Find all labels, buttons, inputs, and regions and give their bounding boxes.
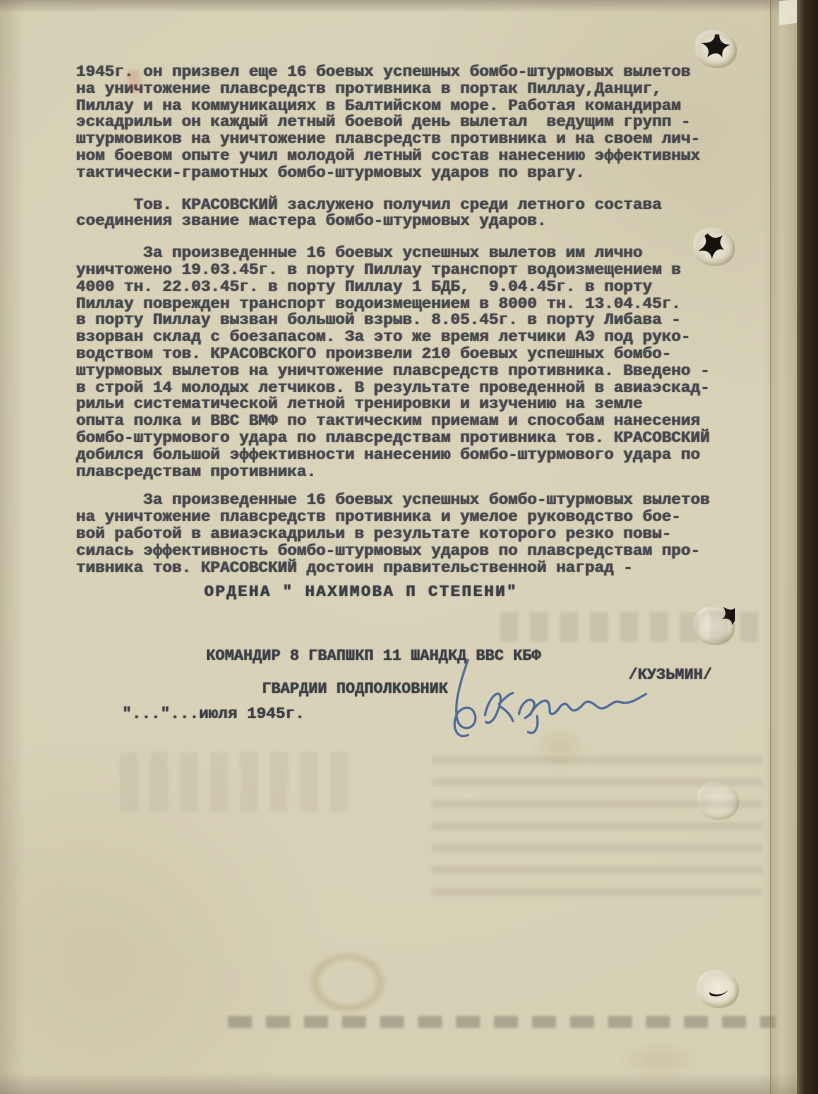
text-line: на уничтожение плавсредств противника и … [76, 509, 766, 526]
bleedthrough-text [228, 1016, 776, 1028]
handwritten-signature [418, 652, 664, 744]
paper-stain [300, 945, 395, 1020]
punch-hole [693, 228, 735, 266]
award-line: ОРДЕНА " НАХИМОВА П СТЕПЕНИ" [204, 583, 518, 601]
text-line: водством тов. КРАСОВСКОГО произвели 210 … [76, 346, 766, 363]
text-line: 4000 тн. 22.03.45г. в порту Пиллау 1 БДБ… [76, 279, 766, 296]
punch-hole [697, 970, 739, 1008]
text-line: эскадрильи он каждый летный боевой день … [76, 114, 766, 131]
paragraph-4: За произведенные 16 боевых успешных бомб… [76, 492, 766, 576]
document-body: 1945г. он призвел еще 16 боевых успешных… [76, 64, 766, 591]
text-line: тивника тов. КРАСОВСКИЙ достоин правител… [76, 560, 766, 577]
text-line: тактически-грамотных бомбо-штурмовых уда… [76, 165, 766, 182]
text-line: в порту Пиллау вызван большой взрыв. 8.0… [76, 312, 766, 329]
page-fold-crease [770, 0, 798, 1094]
text-line: штурмовиков на уничтожение плавсредств п… [76, 131, 766, 148]
paper-stain [600, 1035, 720, 1085]
scanned-document-page: 1945г. он призвел еще 16 боевых успешных… [0, 0, 818, 1094]
scan-dark-edge [797, 0, 818, 1094]
text-line: взорван склад с боезапасом. За это же вр… [76, 329, 766, 346]
text-line: опыта полка и ВВС ВМФ по тактическим при… [76, 413, 766, 430]
text-line: в строй 14 молодых летчиков. В результат… [76, 380, 766, 397]
paper-edge-sliver [779, 0, 799, 25]
text-line: соединения звание мастера бомбо-штурмовы… [76, 213, 766, 230]
bleedthrough-smudge [432, 756, 762, 906]
paragraph-3: За произведенные 16 боевых успешных выле… [76, 245, 766, 480]
paragraph-2: Тов. КРАСОВСКИЙ заслужено получил среди … [76, 197, 766, 231]
punch-hole [695, 30, 737, 68]
bleedthrough-smudge [500, 612, 762, 642]
text-line: штурмовых вылетов на уничтожение плавсре… [76, 363, 766, 380]
text-line: 1945г. он призвел еще 16 боевых успешных… [76, 64, 766, 81]
text-line: плавсредствам противника. [76, 464, 766, 481]
text-line: Пиллау и на коммуникациях в Балтийском м… [76, 98, 766, 115]
text-line: силась эффективность бомбо-штурмовых уда… [76, 543, 766, 560]
text-line: ном боевом опыте учил молодой летный сос… [76, 148, 766, 165]
text-line: бомбо-штурмового удара по плавсредствам … [76, 430, 766, 447]
text-line: Тов. КРАСОВСКИЙ заслужено получил среди … [76, 197, 766, 214]
text-line: на уничтожение плавсредств противника в … [76, 81, 766, 98]
text-line: добился большой эффективности нанесению … [76, 447, 766, 464]
red-ink-smudge [128, 70, 140, 92]
text-line: рильи систематической летной тренировки … [76, 396, 766, 413]
text-line: вой работой в авиаэскадрильи в результат… [76, 526, 766, 543]
text-line: уничтожено 19.03.45г. в порту Пиллау тра… [76, 262, 766, 279]
text-line: За произведенные 16 боевых успешных выле… [76, 245, 766, 262]
text-line: Пиллау поврежден транспорт водоизмещение… [76, 296, 766, 313]
paragraph-1: 1945г. он призвел еще 16 боевых успешных… [76, 64, 766, 182]
bleedthrough-smudge [120, 752, 360, 812]
date-line: "..."...июля 1945г. [122, 705, 304, 723]
text-line: За произведенные 16 боевых успешных бомб… [76, 492, 766, 509]
